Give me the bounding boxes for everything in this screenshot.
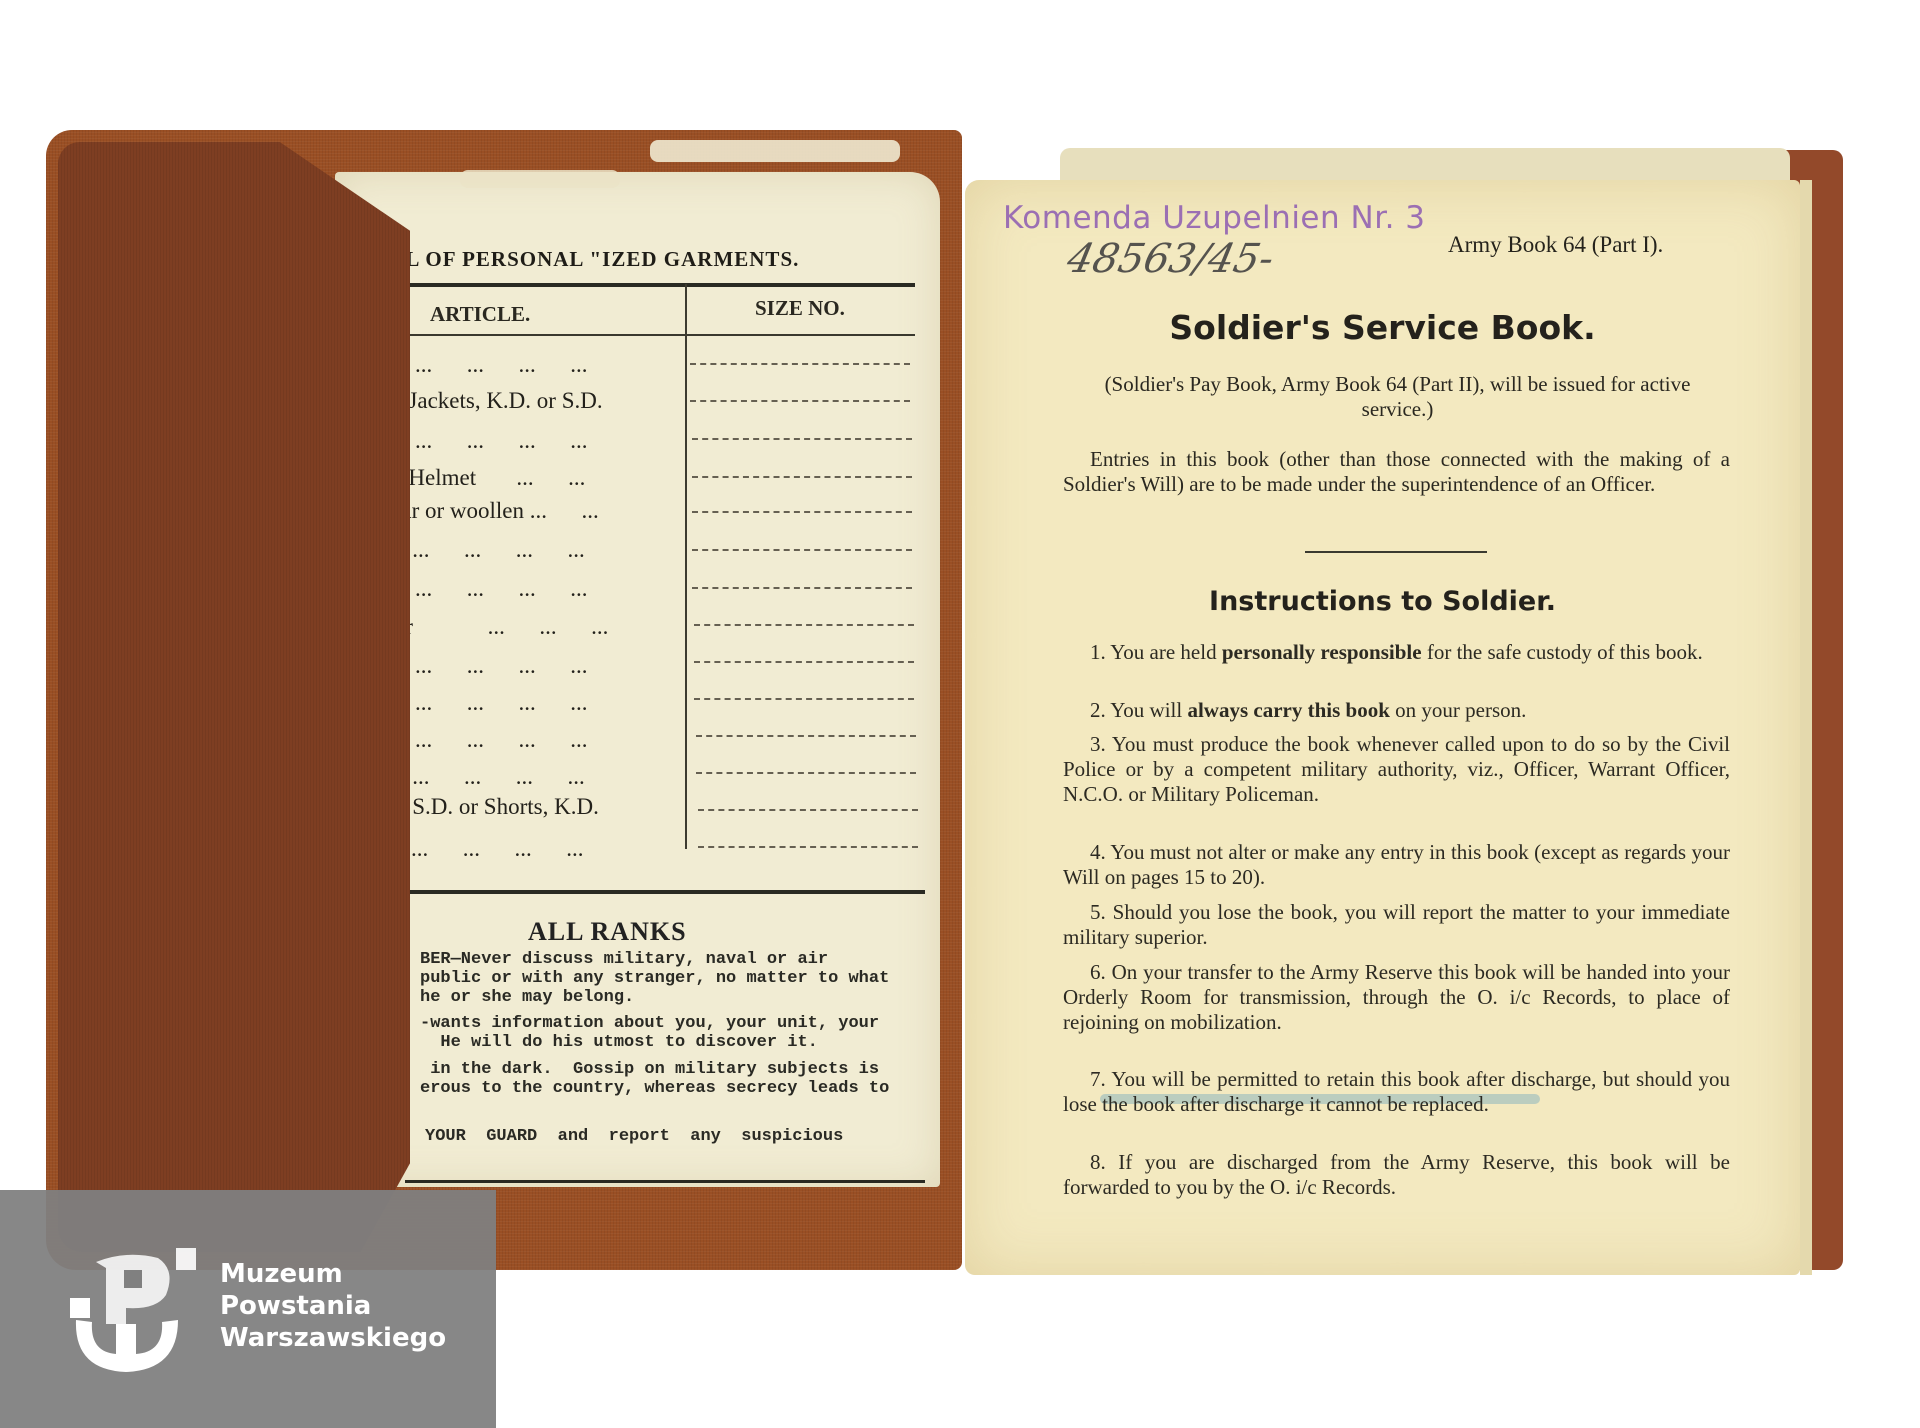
- table-row: r Helmet ... ...: [395, 465, 585, 491]
- instructions-title: Instructions to Soldier.: [965, 586, 1800, 617]
- instruction-item: 6. On your transfer to the Army Reserve …: [1063, 960, 1730, 1035]
- all-ranks-line: BER—Never discuss military, naval or air: [420, 950, 828, 969]
- all-ranks-line: he or she may belong.: [420, 988, 634, 1007]
- table-row: d ... ... ... ...: [395, 764, 585, 790]
- table-row: ... ... ... ...: [415, 352, 588, 378]
- entries-note: Entries in this book (other than those c…: [1063, 447, 1730, 497]
- item-text: On your transfer to the Army Reserve thi…: [1063, 960, 1730, 1034]
- item-text: You are held: [1110, 640, 1222, 664]
- item-text: You must produce the book whenever calle…: [1063, 732, 1730, 806]
- table-row: a ... ... ... ...: [395, 836, 583, 862]
- size-entry-line: [698, 809, 918, 811]
- museum-name-line-2: Powstania: [220, 1290, 371, 1322]
- all-ranks-line: in the dark. Gossip on military subjects…: [420, 1060, 879, 1079]
- table-row: r Jackets, K.D. or S.D.: [395, 388, 603, 414]
- instruction-item: 8. If you are discharged from the Army R…: [1063, 1150, 1730, 1200]
- all-ranks-line: -wants information about you, your unit,…: [420, 1014, 879, 1033]
- size-entry-line: [698, 846, 918, 848]
- size-entry-line: [694, 661, 914, 663]
- item-text: You must not alter or make any entry in …: [1063, 840, 1730, 889]
- size-entry-line: [692, 511, 912, 513]
- museum-name-line-3: Warszawskiego: [220, 1322, 446, 1354]
- table-row: ., S.D. or Shorts, K.D.: [395, 794, 599, 820]
- item-text: Should you lose the book, you will repor…: [1063, 900, 1730, 949]
- cover-flap: [58, 142, 410, 1252]
- table-row: ... ... ... ...: [415, 428, 588, 454]
- item-number: 5.: [1090, 900, 1106, 924]
- item-text: for the safe custody of this book.: [1422, 640, 1703, 664]
- torn-cover-edge: [460, 170, 620, 188]
- item-number: 8.: [1090, 1150, 1106, 1174]
- size-entry-line: [696, 772, 916, 774]
- item-number: 6.: [1090, 960, 1106, 984]
- table-row: ... ... ... ...: [415, 576, 588, 602]
- instruction-item: 2. You will always carry this book on yo…: [1063, 698, 1730, 723]
- all-ranks-title: ALL RANKS: [528, 917, 687, 947]
- page-stack-side: [1800, 180, 1812, 1275]
- table-top-rule: [405, 283, 915, 287]
- table-bottom-rule: [405, 890, 925, 894]
- table-row: er ... ... ...: [395, 614, 608, 640]
- instruction-item: 1. You are held personally responsible f…: [1063, 640, 1730, 665]
- torn-cover-edge: [650, 140, 900, 162]
- header-rule: [405, 334, 915, 336]
- size-entry-line: [692, 476, 912, 478]
- table-row: ... ... ... ...: [415, 653, 588, 679]
- museum-name-line-1: Muzeum: [220, 1258, 343, 1290]
- all-ranks-line: He will do his utmost to discover it.: [420, 1033, 818, 1052]
- item-number: 2.: [1090, 698, 1106, 722]
- army-book-number: Army Book 64 (Part I).: [1448, 232, 1663, 258]
- size-entry-line: [692, 587, 912, 589]
- instruction-item: 7. You will be permitted to retain this …: [1063, 1067, 1730, 1117]
- item-text: on your person.: [1390, 698, 1526, 722]
- anchor-kotwica-logo-icon: [66, 1240, 196, 1380]
- all-ranks-line: public or with any stranger, no matter t…: [420, 969, 889, 988]
- size-entry-line: [690, 363, 910, 365]
- size-entry-line: [694, 698, 914, 700]
- size-entry-line: [696, 735, 916, 737]
- purple-stamp: Komenda Uzupelnien Nr. 3: [1003, 200, 1426, 236]
- size-entry-line: [692, 438, 912, 440]
- item-text: You will be permitted to retain this boo…: [1063, 1067, 1730, 1116]
- table-row: d ... ... ... ...: [395, 537, 585, 563]
- item-text: If you are discharged from the Army Rese…: [1063, 1150, 1730, 1199]
- table-row: ... ... ... ...: [415, 690, 588, 716]
- garments-table-title: AIL OF PERSONAL "IZED GARMENTS.: [380, 247, 799, 272]
- page-title: Soldier's Service Book.: [965, 308, 1800, 347]
- item-number: 3.: [1090, 732, 1106, 756]
- table-row: ... ... ... ...: [415, 727, 588, 753]
- item-bold-text: always carry this book: [1187, 698, 1389, 722]
- section-divider: [1305, 551, 1487, 553]
- table-row: lar or woollen ... ...: [395, 498, 599, 524]
- column-header-article: ARTICLE.: [430, 302, 530, 327]
- size-entry-line: [692, 549, 912, 551]
- column-divider: [685, 284, 687, 849]
- instruction-item: 4. You must not alter or make any entry …: [1063, 840, 1730, 890]
- column-header-size: SIZE NO.: [755, 296, 845, 321]
- instruction-item: 3. You must produce the book whenever ca…: [1063, 732, 1730, 807]
- museum-watermark: Muzeum Powstania Warszawskiego: [0, 1190, 496, 1428]
- page-bottom-rule: [405, 1180, 925, 1183]
- handwritten-number: 48563/45-: [1063, 236, 1278, 282]
- item-number: 1.: [1090, 640, 1106, 664]
- size-entry-line: [690, 400, 910, 402]
- instruction-item: 5. Should you lose the book, you will re…: [1063, 900, 1730, 950]
- item-number: 4.: [1090, 840, 1106, 864]
- all-ranks-line: YOUR GUARD and report any suspicious: [425, 1127, 843, 1146]
- item-bold-text: personally responsible: [1222, 640, 1422, 664]
- item-text: You will: [1110, 698, 1187, 722]
- item-number: 7.: [1090, 1067, 1106, 1091]
- all-ranks-line: erous to the country, whereas secrecy le…: [420, 1079, 889, 1098]
- size-entry-line: [694, 624, 914, 626]
- pay-book-note: (Soldier's Pay Book, Army Book 64 (Part …: [1085, 372, 1710, 422]
